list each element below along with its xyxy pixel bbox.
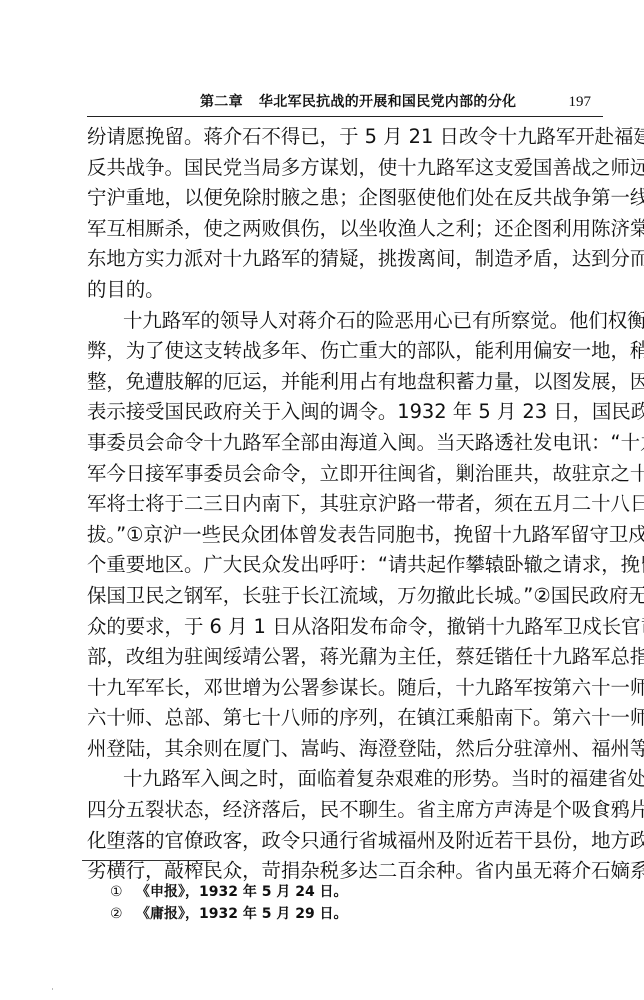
- text-line: 化堕落的官僚政客，政令只通行省城福州及附近若干县份，地方政权土: [87, 826, 603, 857]
- footnote-marker: ②: [110, 903, 136, 925]
- running-head: 第二章华北军民抗战的开展和国民党内部的分化 197: [87, 92, 603, 112]
- text-line: 军将士将于二三日内南下，其驻京沪路一带者，须在五月二十八日后开: [87, 489, 603, 520]
- text-line: 部，改组为驻闽绥靖公署，蒋光鼐为主任，蔡廷锴任十九路军总指挥兼: [87, 642, 603, 673]
- text-line: 反共战争。国民党当局多方谋划，使十九路军这支爱国善战之师远离: [87, 153, 603, 184]
- footnote-2: ②《庸报》，1932 年 5 月 29 日。: [110, 903, 348, 925]
- text-line: 事委员会命令十九路军全部由海道入闽。当天路透社发电讯：“十九路: [87, 428, 603, 459]
- footnotes: ①《申报》，1932 年 5 月 24 日。 ②《庸报》，1932 年 5 月 …: [110, 881, 348, 925]
- text-line: 东地方实力派对十九路军的猜疑，挑拨离间，制造矛盾，达到分而治之: [87, 244, 603, 275]
- page-number: 197: [569, 92, 592, 112]
- text-line: 保国卫民之钢军，长驻于长江流域，万勿撤此长城。”②国民政府无视民: [87, 581, 603, 612]
- footnote-rule: [82, 860, 212, 861]
- text-line: 六十师、总部、第七十八师的序列，在镇江乘船南下。第六十一师在泉: [87, 703, 603, 734]
- text-line: 拔。”①京沪一些民众团体曾发表告同胞书，挽留十九路军留守卫戍这: [87, 520, 603, 551]
- chapter-heading: 第二章华北军民抗战的开展和国民党内部的分化: [200, 92, 516, 112]
- text-line: 州登陆，其余则在厦门、嵩屿、海澄登陆，然后分驻漳州、福州等地。: [87, 734, 603, 765]
- text-line: 弊，为了使这支转战多年、伤亡重大的部队，能利用偏安一地，稍事休: [87, 336, 603, 367]
- footnote-marker: ①: [110, 881, 136, 903]
- text-line: 军今日接军事委员会命令，立即开往闽省，剿治匪共，故驻京之十九路: [87, 459, 603, 490]
- header-rule: [87, 116, 603, 117]
- chapter-title: 华北军民抗战的开展和国民党内部的分化: [259, 94, 516, 110]
- chapter-number: 第二章: [200, 94, 243, 110]
- text-line: 十九路军的领导人对蒋介石的险恶用心已有所察觉。他们权衡利: [87, 306, 603, 337]
- text-line: 宁沪重地，以便免除肘腋之患；企图驱使他们处在反共战争第一线与红: [87, 183, 603, 214]
- scan-speck: [52, 988, 53, 990]
- text-line: 四分五裂状态，经济落后，民不聊生。省主席方声涛是个吸食鸦片、腐: [87, 795, 603, 826]
- footnote-1: ①《申报》，1932 年 5 月 24 日。: [110, 881, 348, 903]
- text-line: 军互相厮杀，使之两败俱伤，以坐收渔人之利；还企图利用陈济棠等广: [87, 214, 603, 245]
- text-line: 表示接受国民政府关于入闽的调令。1932 年 5 月 23 日，国民政府军: [87, 397, 603, 428]
- text-line: 纷请愿挽留。蒋介石不得已，于 5 月 21 日改令十九路军开赴福建参加: [87, 122, 603, 153]
- footnote-text: 《庸报》，1932 年 5 月 29 日。: [136, 906, 348, 922]
- text-line: 整，免遭肢解的厄运，并能利用占有地盘积蓄力量，以图发展，因此他们: [87, 367, 603, 398]
- text-line: 个重要地区。广大民众发出呼吁：“请共起作攀辕卧辙之请求，挽留此: [87, 550, 603, 581]
- text-line: 十九军军长，邓世增为公署参谋长。随后，十九路军按第六十一师、第: [87, 673, 603, 704]
- text-line: 众的要求，于 6 月 1 日从洛阳发布命令，撤销十九路军卫戍长官司令: [87, 612, 603, 643]
- text-line: 十九路军入闽之时，面临着复杂艰难的形势。当时的福建省处于: [87, 764, 603, 795]
- footnote-text: 《申报》，1932 年 5 月 24 日。: [136, 884, 348, 900]
- book-page: 第二章华北军民抗战的开展和国民党内部的分化 197 纷请愿挽留。蒋介石不得已，于…: [0, 0, 644, 1000]
- text-line: 的目的。: [87, 275, 603, 306]
- body-text: 纷请愿挽留。蒋介石不得已，于 5 月 21 日改令十九路军开赴福建参加 反共战争…: [87, 122, 603, 887]
